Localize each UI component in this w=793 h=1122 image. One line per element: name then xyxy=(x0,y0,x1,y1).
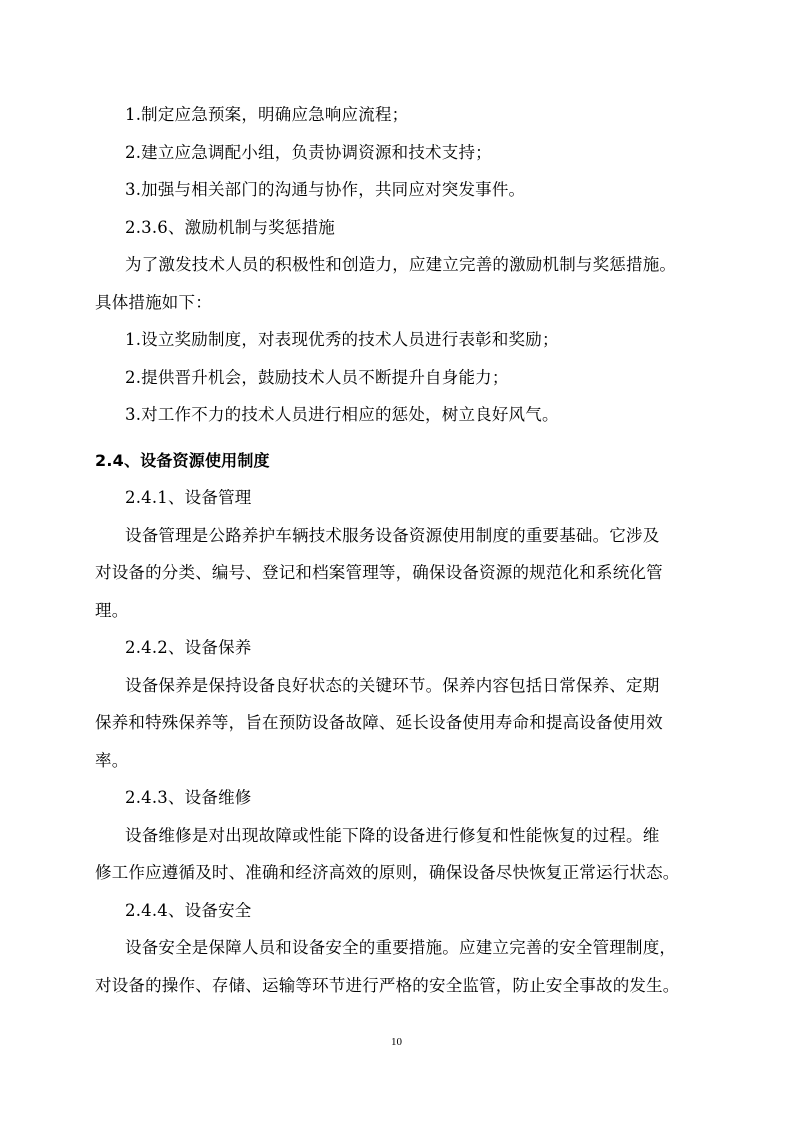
subsection-heading-2-4-2: 2.4.2、设备保养 xyxy=(95,629,698,667)
list-item-reward-system: 1.设立奖励制度，对表现优秀的技术人员进行表彰和奖励； xyxy=(95,321,698,359)
paragraph-line: 对设备的分类、编号、登记和档案管理等，确保设备资源的规范化和系统化管 xyxy=(95,554,698,592)
list-item-promotion: 2.提供晋升机会，鼓励技术人员不断提升自身能力； xyxy=(95,359,698,397)
section-heading-2-4: 2.4、设备资源使用制度 xyxy=(95,442,698,480)
paragraph-line: 对设备的操作、存储、运输等环节进行严格的安全监管，防止安全事故的发生。 xyxy=(95,967,698,1005)
list-item-emergency-plan: 1.制定应急预案，明确应急响应流程； xyxy=(95,96,698,134)
paragraph-line: 保养和特殊保养等，旨在预防设备故障、延长设备使用寿命和提高设备使用效 xyxy=(95,704,698,742)
list-item-penalty: 3.对工作不力的技术人员进行相应的惩处，树立良好风气。 xyxy=(95,396,698,434)
paragraph-line: 理。 xyxy=(95,592,698,630)
subsection-heading-2-4-4: 2.4.4、设备安全 xyxy=(95,892,698,930)
paragraph-line: 设备安全是保障人员和设备安全的重要措施。应建立完善的安全管理制度， xyxy=(95,929,698,967)
paragraph-line: 设备保养是保持设备良好状态的关键环节。保养内容包括日常保养、定期 xyxy=(95,667,698,705)
paragraph-line: 为了激发技术人员的积极性和创造力，应建立完善的激励机制与奖惩措施。 xyxy=(95,246,698,284)
paragraph-line: 修工作应遵循及时、准确和经济高效的原则，确保设备尽快恢复正常运行状态。 xyxy=(95,854,698,892)
subsection-heading-2-4-1: 2.4.1、设备管理 xyxy=(95,479,698,517)
paragraph-line: 具体措施如下： xyxy=(95,284,698,322)
page-number: 10 xyxy=(0,1036,793,1048)
subsection-heading-2-4-3: 2.4.3、设备维修 xyxy=(95,779,698,817)
list-item-coordination: 3.加强与相关部门的沟通与协作，共同应对突发事件。 xyxy=(95,171,698,209)
paragraph-line: 设备维修是对出现故障或性能下降的设备进行修复和性能恢复的过程。维 xyxy=(95,817,698,855)
paragraph-line: 设备管理是公路养护车辆技术服务设备资源使用制度的重要基础。它涉及 xyxy=(95,517,698,555)
subsection-heading-2-3-6: 2.3.6、激励机制与奖惩措施 xyxy=(95,209,698,247)
paragraph-line: 率。 xyxy=(95,742,698,780)
list-item-emergency-team: 2.建立应急调配小组，负责协调资源和技术支持； xyxy=(95,134,698,172)
document-page: 1.制定应急预案，明确应急响应流程； 2.建立应急调配小组，负责协调资源和技术支… xyxy=(95,96,698,1004)
